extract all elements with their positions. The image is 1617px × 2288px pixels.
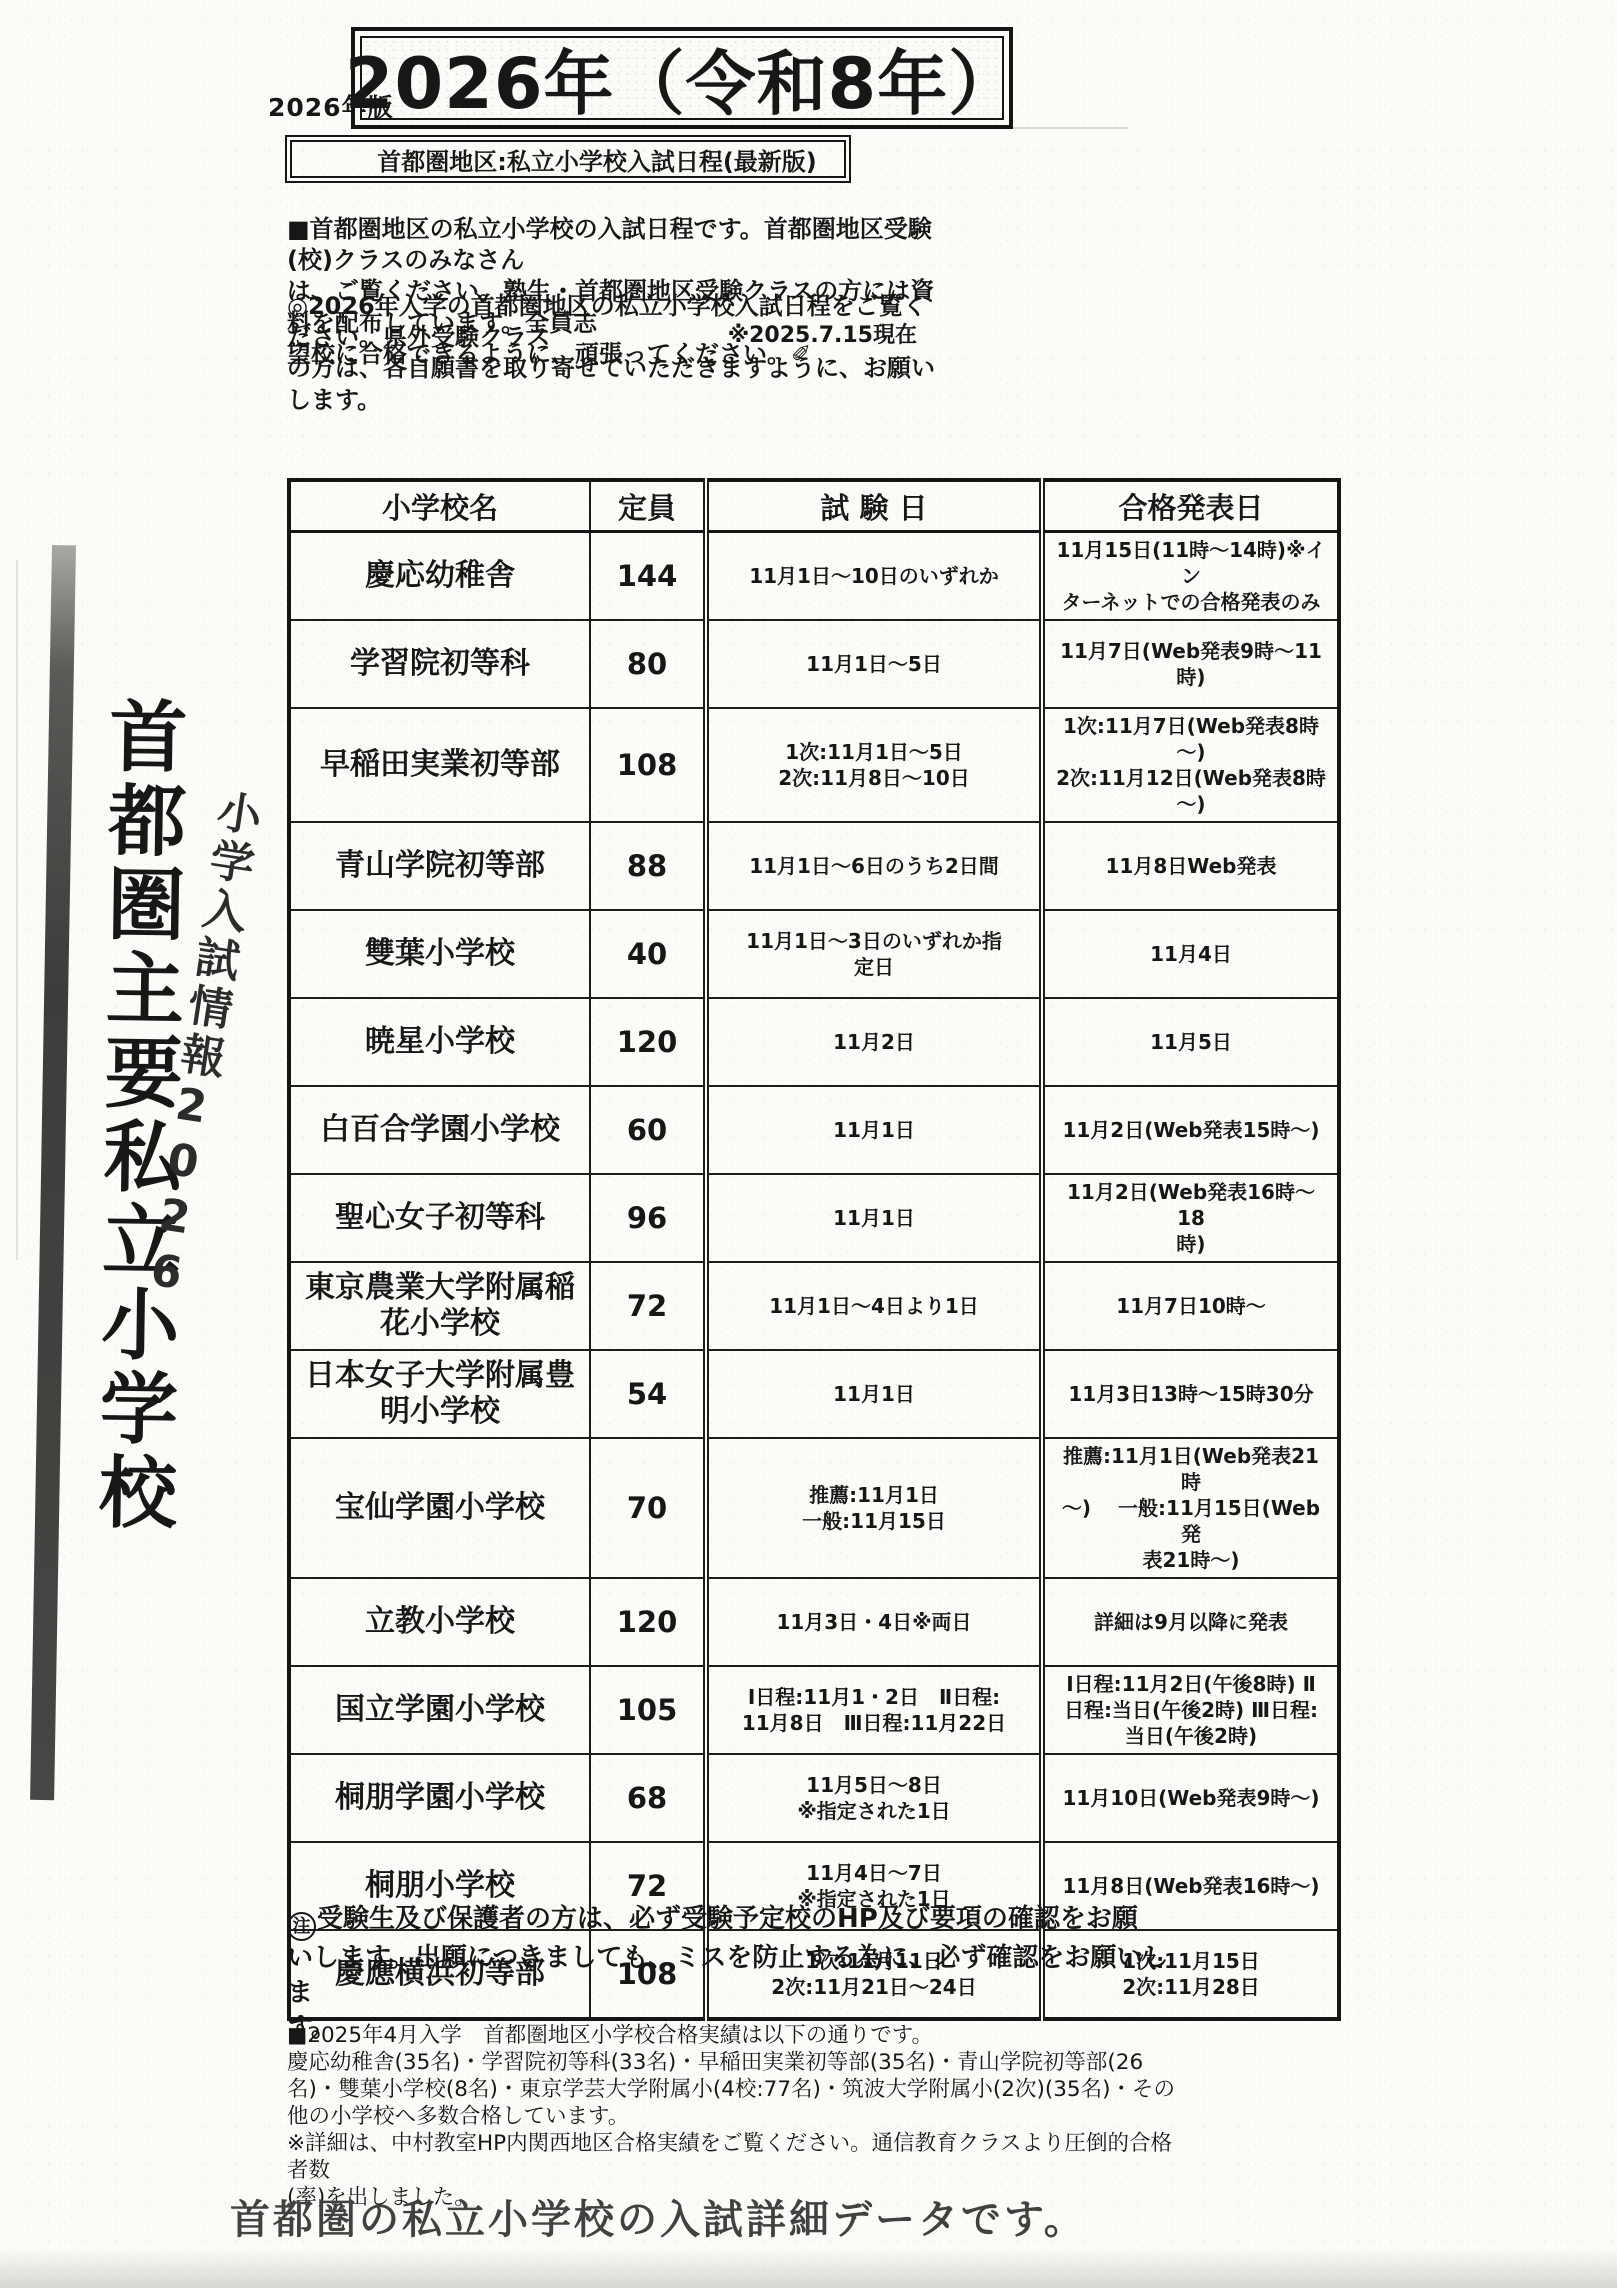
- table-row: 日本女子大学附属豊明小学校5411月1日11月3日13時～15時30分: [289, 1350, 1339, 1438]
- result-date-cell: 11月2日(Web発表16時～18 時): [1042, 1174, 1339, 1262]
- school-name-cell: 宝仙学園小学校: [289, 1438, 590, 1578]
- circled-note-mark: 注: [287, 1912, 316, 1941]
- exam-date-cell: 11月3日・4日※両日: [706, 1578, 1042, 1666]
- table-row: 国立学園小学校105Ⅰ日程:11月1・2日 Ⅱ日程: 11月8日 Ⅲ日程:11月…: [289, 1666, 1339, 1754]
- capacity-cell: 120: [590, 998, 706, 1086]
- column-header-exam-date: 試 験 日: [706, 480, 1042, 532]
- capacity-cell: 88: [590, 822, 706, 910]
- result-date-cell: 11月7日10時～: [1042, 1262, 1339, 1350]
- capacity-cell: 108: [590, 708, 706, 822]
- table-row: 青山学院初等部8811月1日～6日のうち2日間11月8日Web発表: [289, 822, 1339, 910]
- exam-date-cell: 11月1日: [706, 1174, 1042, 1262]
- scan-artifact-bottom-shadow: [0, 2248, 1617, 2288]
- school-name-cell: 日本女子大学附属豊明小学校: [289, 1350, 590, 1438]
- result-date-cell: 11月2日(Web発表15時～): [1042, 1086, 1339, 1174]
- school-name-cell: 桐朋学園小学校: [289, 1754, 590, 1842]
- result-date-cell: 11月10日(Web発表9時～): [1042, 1754, 1339, 1842]
- exam-date-cell: Ⅰ日程:11月1・2日 Ⅱ日程: 11月8日 Ⅲ日程:11月22日: [706, 1666, 1042, 1754]
- school-name-cell: 東京農業大学附属稲花小学校: [289, 1262, 590, 1350]
- main-title: 2026年（令和8年）: [345, 28, 1020, 129]
- vertical-accent-bar: [30, 545, 76, 1800]
- request-paragraph: ◎2026年入学の首都圏地区の私立小学校入試日程をご覧ください。県外受験クラス …: [287, 291, 947, 416]
- exam-date-cell: 1次:11月1日～5日 2次:11月8日～10日: [706, 708, 1042, 822]
- table-row: 雙葉小学校4011月1日～3日のいずれか指 定日11月4日: [289, 910, 1339, 998]
- schedule-table: 小学校名 定員 試 験 日 合格発表日 慶応幼稚舎14411月1日～10日のいず…: [287, 478, 1341, 2021]
- school-name-cell: 雙葉小学校: [289, 910, 590, 998]
- table-row: 白百合学園小学校6011月1日11月2日(Web発表15時～): [289, 1086, 1339, 1174]
- result-date-cell: 1次:11月7日(Web発表8時～) 2次:11月12日(Web発表8時 ～): [1042, 708, 1339, 822]
- capacity-cell: 72: [590, 1262, 706, 1350]
- subtitle-box: 首都圏地区:私立小学校入試日程(最新版): [290, 140, 846, 178]
- result-date-cell: Ⅰ日程:11月2日(午後8時) Ⅱ 日程:当日(午後2時) Ⅲ日程: 当日(午後…: [1042, 1666, 1339, 1754]
- schedule-table-header: 小学校名 定員 試 験 日 合格発表日: [289, 480, 1339, 532]
- school-name-cell: 立教小学校: [289, 1578, 590, 1666]
- table-row: 慶応幼稚舎14411月1日～10日のいずれか11月15日(11時～14時)※イン…: [289, 532, 1339, 621]
- table-row: 聖心女子初等科9611月1日11月2日(Web発表16時～18 時): [289, 1174, 1339, 1262]
- capacity-cell: 40: [590, 910, 706, 998]
- exam-date-cell: 11月1日～4日より1日: [706, 1262, 1042, 1350]
- table-row: 立教小学校12011月3日・4日※両日詳細は9月以降に発表: [289, 1578, 1339, 1666]
- column-header-result-date: 合格発表日: [1042, 480, 1339, 532]
- capacity-cell: 144: [590, 532, 706, 621]
- footer-caption: 首都圏の私立小学校の入試詳細データです。: [230, 2188, 1087, 2245]
- main-title-box: 2026年（令和8年）: [360, 36, 1004, 120]
- result-date-cell: 11月3日13時～15時30分: [1042, 1350, 1339, 1438]
- scan-artifact-edge: [16, 560, 18, 1260]
- table-row: 桐朋学園小学校6811月5日～8日 ※指定された1日11月10日(Web発表9時…: [289, 1754, 1339, 1842]
- result-date-cell: 推薦:11月1日(Web発表21時 ～) 一般:11月15日(Web発 表21時…: [1042, 1438, 1339, 1578]
- exam-date-cell: 11月2日: [706, 998, 1042, 1086]
- results-block: ■2025年4月入学 首都圏地区小学校合格実績は以下の通りです。 慶応幼稚舎(3…: [287, 2022, 1187, 2212]
- capacity-cell: 96: [590, 1174, 706, 1262]
- table-row: 暁星小学校12011月2日11月5日: [289, 998, 1339, 1086]
- exam-date-cell: 11月1日～3日のいずれか指 定日: [706, 910, 1042, 998]
- capacity-cell: 70: [590, 1438, 706, 1578]
- school-name-cell: 慶応幼稚舎: [289, 532, 590, 621]
- capacity-cell: 54: [590, 1350, 706, 1438]
- exam-date-cell: 11月1日: [706, 1086, 1042, 1174]
- result-date-cell: 11月5日: [1042, 998, 1339, 1086]
- table-row: 宝仙学園小学校70推薦:11月1日 一般:11月15日推薦:11月1日(Web発…: [289, 1438, 1339, 1578]
- capacity-cell: 105: [590, 1666, 706, 1754]
- header-row: 小学校名 定員 試 験 日 合格発表日: [289, 480, 1339, 532]
- school-name-cell: 学習院初等科: [289, 620, 590, 708]
- exam-date-cell: 推薦:11月1日 一般:11月15日: [706, 1438, 1042, 1578]
- school-name-cell: 聖心女子初等科: [289, 1174, 590, 1262]
- scanned-page: 2026年版 2026年（令和8年） 首都圏地区:私立小学校入試日程(最新版) …: [0, 0, 1617, 2288]
- exam-date-cell: 11月1日: [706, 1350, 1042, 1438]
- exam-date-cell: 11月5日～8日 ※指定された1日: [706, 1754, 1042, 1842]
- result-date-cell: 11月8日Web発表: [1042, 822, 1339, 910]
- school-name-cell: 暁星小学校: [289, 998, 590, 1086]
- table-row: 学習院初等科8011月1日～5日11月7日(Web発表9時～11時): [289, 620, 1339, 708]
- result-date-cell: 11月15日(11時～14時)※イン ターネットでの合格発表のみ: [1042, 532, 1339, 621]
- exam-date-cell: 11月1日～10日のいずれか: [706, 532, 1042, 621]
- school-name-cell: 白百合学園小学校: [289, 1086, 590, 1174]
- results-detail: 慶応幼稚舎(35名)・学習院初等科(33名)・早稲田実業初等部(35名)・青山学…: [287, 2049, 1187, 2130]
- capacity-cell: 60: [590, 1086, 706, 1174]
- table-row: 東京農業大学附属稲花小学校7211月1日～4日より1日11月7日10時～: [289, 1262, 1339, 1350]
- capacity-cell: 80: [590, 620, 706, 708]
- result-date-cell: 11月4日: [1042, 910, 1339, 998]
- school-name-cell: 青山学院初等部: [289, 822, 590, 910]
- result-date-cell: 11月7日(Web発表9時～11時): [1042, 620, 1339, 708]
- results-title: ■2025年4月入学 首都圏地区小学校合格実績は以下の通りです。: [287, 2022, 1187, 2049]
- result-date-cell: 詳細は9月以降に発表: [1042, 1578, 1339, 1666]
- exam-date-cell: 11月1日～6日のうち2日間: [706, 822, 1042, 910]
- capacity-cell: 120: [590, 1578, 706, 1666]
- school-name-cell: 早稲田実業初等部: [289, 708, 590, 822]
- schedule-table-body: 慶応幼稚舎14411月1日～10日のいずれか11月15日(11時～14時)※イン…: [289, 532, 1339, 2020]
- column-header-school-name: 小学校名: [289, 480, 590, 532]
- as-of-note: ※2025.7.15現在: [287, 318, 917, 349]
- subtitle: 首都圏地区:私立小学校入試日程(最新版): [377, 142, 817, 177]
- table-row: 早稲田実業初等部1081次:11月1日～5日 2次:11月8日～10日1次:11…: [289, 708, 1339, 822]
- school-name-cell: 国立学園小学校: [289, 1666, 590, 1754]
- exam-date-cell: 11月1日～5日: [706, 620, 1042, 708]
- column-header-capacity: 定員: [590, 480, 706, 532]
- capacity-cell: 68: [590, 1754, 706, 1842]
